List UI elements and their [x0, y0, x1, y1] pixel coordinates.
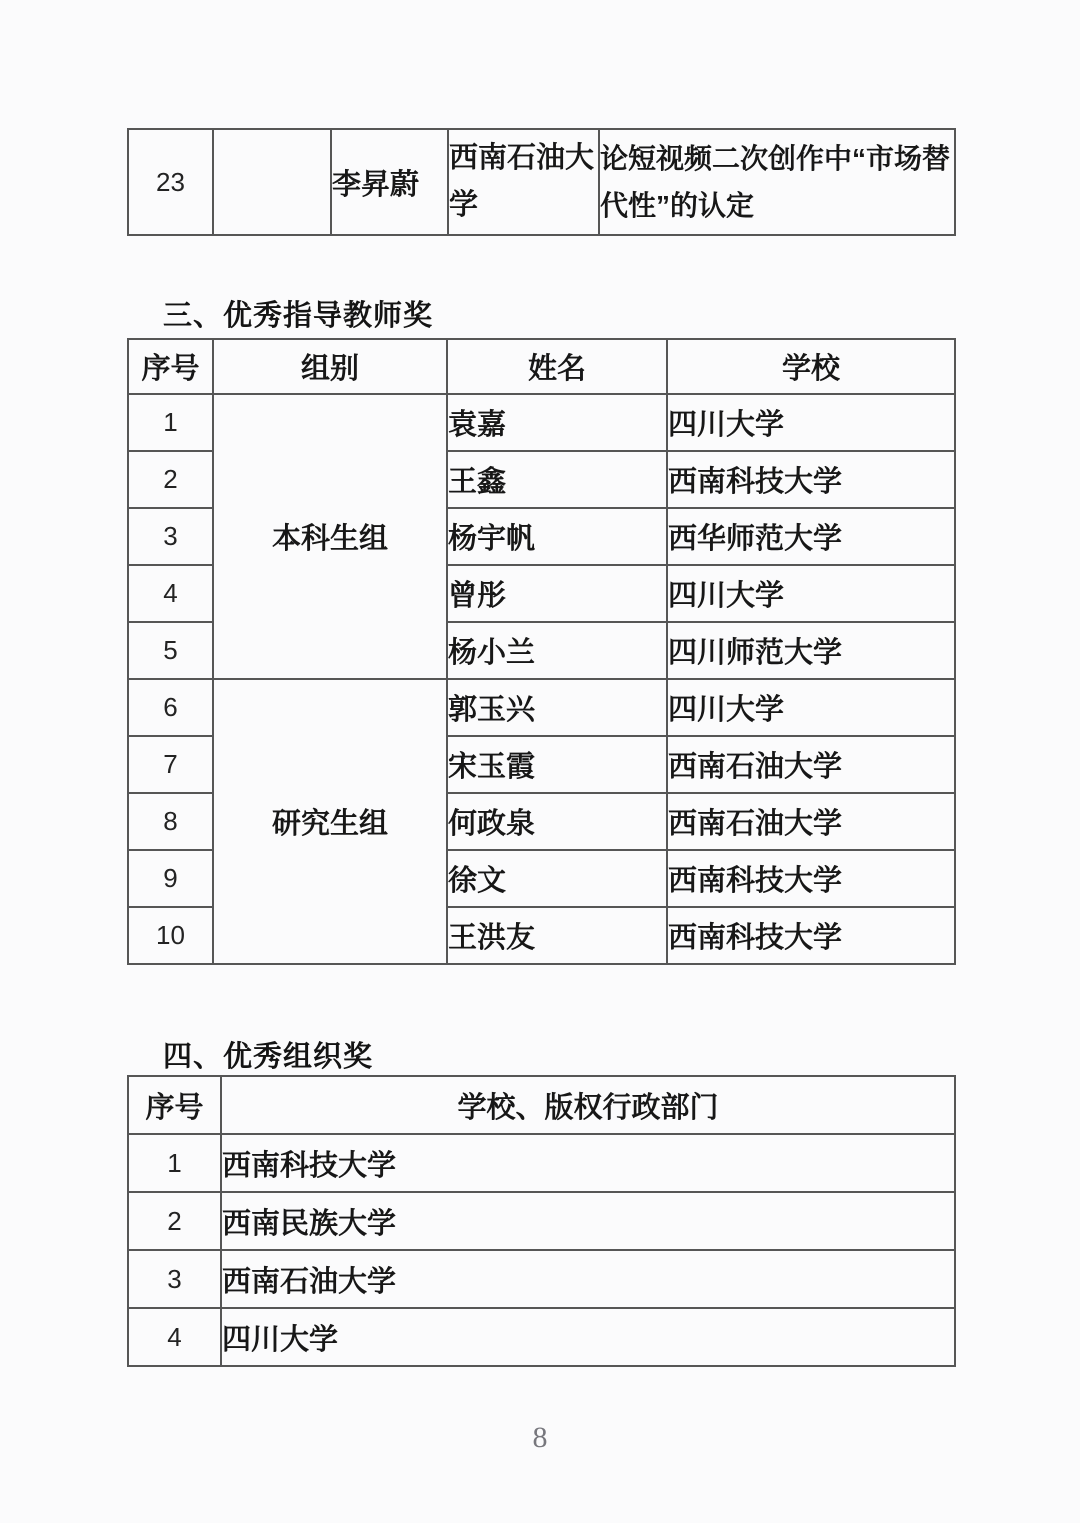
work-title: 论短视频二次创作中“市场替代性”的认定	[599, 129, 955, 235]
table-row: 6 研究生组 郭玉兴 四川大学	[128, 679, 955, 736]
group-cell-empty	[213, 129, 331, 235]
table-row: 2 西南民族大学	[128, 1192, 955, 1250]
row-number: 9	[128, 850, 213, 907]
teacher-school: 四川大学	[667, 679, 955, 736]
continued-award-table: 23 李昇蔚 西南石油大学 论短视频二次创作中“市场替代性”的认定	[127, 128, 956, 236]
table-row: 23 李昇蔚 西南石油大学 论短视频二次创作中“市场替代性”的认定	[128, 129, 955, 235]
table-row: 3 西南石油大学	[128, 1250, 955, 1308]
organization-name: 西南科技大学	[221, 1134, 955, 1192]
group-cell-graduate: 研究生组	[213, 679, 447, 964]
row-number: 4	[128, 565, 213, 622]
organization-name: 西南民族大学	[221, 1192, 955, 1250]
table-row: 4 四川大学	[128, 1308, 955, 1366]
table-row: 1 本科生组 袁嘉 四川大学	[128, 394, 955, 451]
teacher-school: 四川师范大学	[667, 622, 955, 679]
table-header-row: 序号 学校、版权行政部门	[128, 1076, 955, 1134]
group-cell-undergraduate: 本科生组	[213, 394, 447, 679]
row-number: 3	[128, 1250, 221, 1308]
section-heading-teacher-award: 三、优秀指导教师奖	[163, 293, 433, 334]
header-name: 姓名	[447, 339, 667, 394]
header-no: 序号	[128, 1076, 221, 1134]
teacher-name: 袁嘉	[447, 394, 667, 451]
teacher-name: 王洪友	[447, 907, 667, 964]
row-number: 3	[128, 508, 213, 565]
row-number: 1	[128, 1134, 221, 1192]
row-number: 2	[128, 451, 213, 508]
teacher-name: 何政泉	[447, 793, 667, 850]
teacher-name: 宋玉霞	[447, 736, 667, 793]
teacher-name: 王鑫	[447, 451, 667, 508]
teacher-school: 四川大学	[667, 565, 955, 622]
document-page: 23 李昇蔚 西南石油大学 论短视频二次创作中“市场替代性”的认定 三、优秀指导…	[0, 0, 1080, 1523]
header-no: 序号	[128, 339, 213, 394]
row-number: 1	[128, 394, 213, 451]
teacher-school: 四川大学	[667, 394, 955, 451]
teacher-school: 西南石油大学	[667, 736, 955, 793]
organization-name: 四川大学	[221, 1308, 955, 1366]
teacher-name: 郭玉兴	[447, 679, 667, 736]
row-number: 2	[128, 1192, 221, 1250]
teacher-name: 杨小兰	[447, 622, 667, 679]
row-number: 10	[128, 907, 213, 964]
row-number: 6	[128, 679, 213, 736]
teacher-name: 杨宇帆	[447, 508, 667, 565]
header-org: 学校、版权行政部门	[221, 1076, 955, 1134]
row-number: 23	[128, 129, 213, 235]
table-row: 1 西南科技大学	[128, 1134, 955, 1192]
table-header-row: 序号 组别 姓名 学校	[128, 339, 955, 394]
page-number: 8	[0, 1421, 1080, 1455]
teacher-school: 西南科技大学	[667, 850, 955, 907]
section-heading-organization-award: 四、优秀组织奖	[163, 1034, 373, 1075]
author-school: 西南石油大学	[448, 129, 599, 235]
organization-name: 西南石油大学	[221, 1250, 955, 1308]
teacher-school: 西南石油大学	[667, 793, 955, 850]
teacher-name: 徐文	[447, 850, 667, 907]
teacher-school: 西南科技大学	[667, 451, 955, 508]
row-number: 8	[128, 793, 213, 850]
organization-award-table: 序号 学校、版权行政部门 1 西南科技大学 2 西南民族大学 3 西南石油大学 …	[127, 1075, 956, 1367]
teacher-school: 西南科技大学	[667, 907, 955, 964]
row-number: 7	[128, 736, 213, 793]
row-number: 5	[128, 622, 213, 679]
header-school: 学校	[667, 339, 955, 394]
author-name: 李昇蔚	[331, 129, 448, 235]
teacher-name: 曾彤	[447, 565, 667, 622]
teacher-award-table: 序号 组别 姓名 学校 1 本科生组 袁嘉 四川大学 2 王鑫 西南科技大学 3…	[127, 338, 956, 965]
row-number: 4	[128, 1308, 221, 1366]
header-group: 组别	[213, 339, 447, 394]
teacher-school: 西华师范大学	[667, 508, 955, 565]
